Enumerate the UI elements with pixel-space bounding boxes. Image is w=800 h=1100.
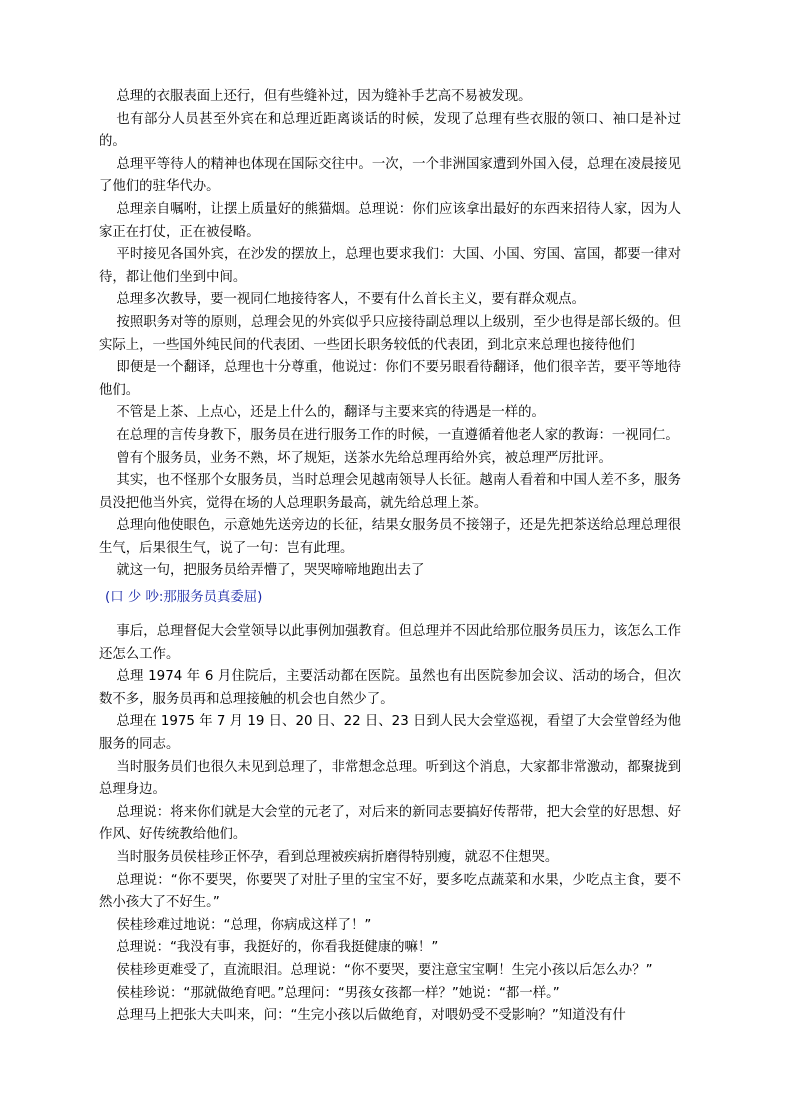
paragraph: 总理马上把张大夫叫来，问：“生完小孩以后做绝育，对喂奶受不受影响？”知道没有什 [99,1005,681,1028]
paragraph: 不管是上茶、上点心，还是上什么的，翻译与主要来宾的待遇是一样的。 [99,402,681,425]
paragraph: 侯桂珍说：“那就做绝育吧。”总理问：“男孩女孩都一样？”她说：“都一样。” [99,983,681,1006]
paragraph: 总理说：将来你们就是大会堂的元老了，对后来的新同志要搞好传帮带，把大会堂的好思想… [99,802,681,847]
paragraph: 总理 1974 年 6 月住院后，主要活动都在医院。虽然也有出医院参加会议、活动… [99,666,681,711]
paragraph: 曾有个服务员，业务不熟，坏了规矩，送茶水先给总理再给外宾，被总理严厉批评。 [99,448,681,471]
paragraph: 侯桂珍更难受了，直流眼泪。总理说：“你不要哭，要注意宝宝啊！生完小孩以后怎么办？… [99,960,681,983]
paragraph: 当时服务员侯桂珍正怀孕，看到总理被疾病折磨得特别瘦，就忍不住想哭。 [99,847,681,870]
paragraph: 总理说：“我没有事，我挺好的，你看我挺健康的嘛！” [99,937,681,960]
paragraph: 当时服务员们也很久未见到总理了，非常想念总理。听到这个消息，大家都非常激动，都聚… [99,757,681,802]
paragraph: 也有部分人员甚至外宾在和总理近距离谈话的时候，发现了总理有些衣服的领口、袖口是补… [99,109,681,154]
paragraph: 事后，总理督促大会堂领导以此事例加强教育。但总理并不因此给那位服务员压力，该怎么… [99,621,681,666]
paragraph: 就这一句，把服务员给弄懵了，哭哭啼啼地跑出去了 [99,560,681,583]
paragraph: 侯桂珍难过地说：“总理，你病成这样了！” [99,915,681,938]
paragraph: 总理多次教导，要一视同仁地接待客人，不要有什么首长主义，要有群众观点。 [99,289,681,312]
paragraph: 即便是一个翻译，总理也十分尊重，他说过：你们不要另眼看待翻译，他们很辛苦，要平等… [99,357,681,402]
paragraph: 总理在 1975 年 7 月 19 日、20 日、22 日、23 日到人民大会堂… [99,711,681,756]
paragraph: 总理平等待人的精神也体现在国际交往中。一次，一个非洲国家遭到外国入侵，总理在凌晨… [99,154,681,199]
paragraph: 按照职务对等的原则，总理会见的外宾似乎只应接待副总理以上级别，至少也得是部长级的… [99,312,681,357]
paragraph: 平时接见各国外宾，在沙发的摆放上，总理也要求我们：大国、小国、穷国、富国，都要一… [99,244,681,289]
inline-link-note[interactable]: (口 少 吵:那服务员真委屈) [105,583,681,621]
paragraph: 总理说：“你不要哭，你要哭了对肚子里的宝宝不好，要多吃点蔬菜和水果，少吃点主食，… [99,870,681,915]
paragraph: 其实，也不怪那个女服务员，当时总理会见越南领导人长征。越南人看着和中国人差不多，… [99,470,681,515]
paragraph: 在总理的言传身教下，服务员在进行服务工作的时候，一直遵循着他老人家的教诲：一视同… [99,425,681,448]
paragraph: 总理的衣服表面上还行，但有些缝补过，因为缝补手艺高不易被发现。 [99,86,681,109]
paragraph: 总理亲自嘱咐，让摆上质量好的熊猫烟。总理说：你们应该拿出最好的东西来招待人家，因… [99,199,681,244]
paragraph: 总理向他使眼色，示意她先送旁边的长征，结果女服务员不接翎子，还是先把茶送给总理总… [99,515,681,560]
document-page: 总理的衣服表面上还行，但有些缝补过，因为缝补手艺高不易被发现。 也有部分人员甚至… [99,86,681,1028]
